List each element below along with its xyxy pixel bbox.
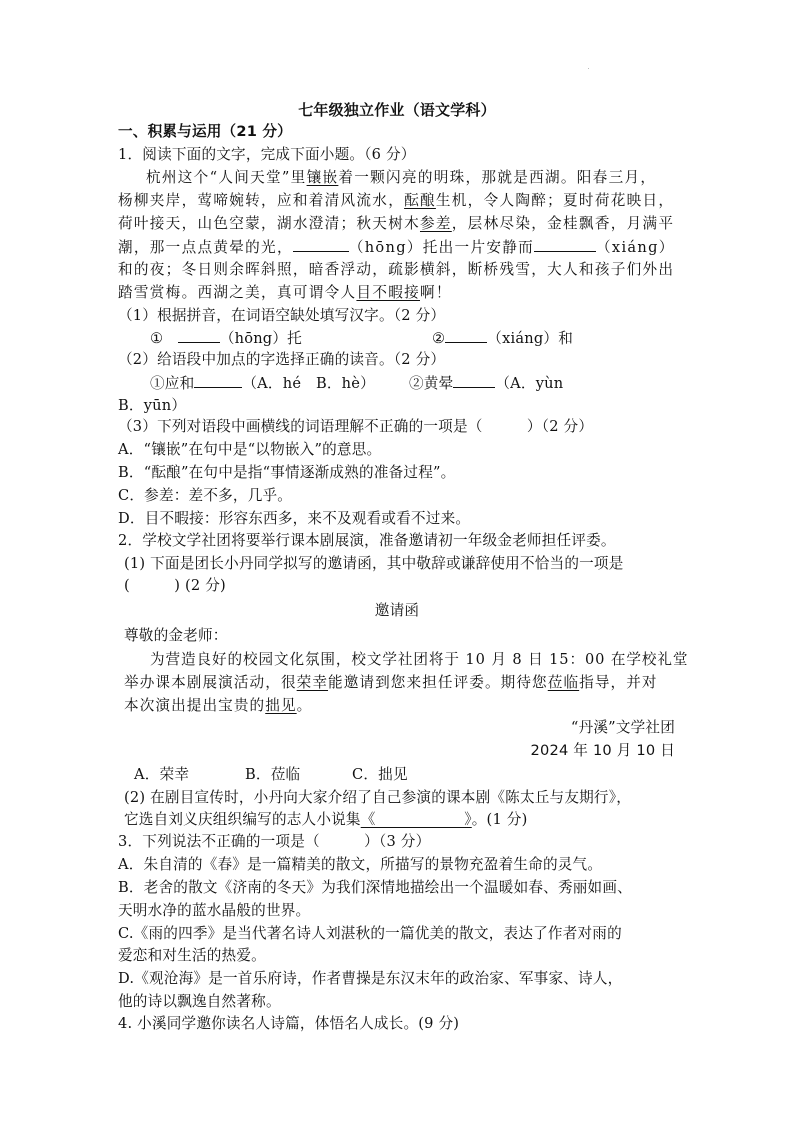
letter-salutation: 尊敬的金老师： xyxy=(124,626,228,646)
q2-sub1-paren: ( ) (2 分) xyxy=(124,576,226,596)
q2-sub1-stem: (1) 下面是团长小丹同学拟写的邀请函，其中敬辞或谦辞使用不恰当的一项是 xyxy=(124,554,624,574)
q3-option-b-cont: 天明水净的蓝水晶般的世界。 xyxy=(118,901,310,921)
letter-text: 指导，并对 xyxy=(579,674,657,691)
q2-sub1-option-a: A．荣幸 xyxy=(134,765,189,785)
letter-body-line-2: 举办课本剧展演活动，很荣幸能邀请到您来担任评委。期待您莅临指导，并对 xyxy=(124,673,658,693)
scan-speck xyxy=(588,68,589,69)
q1-sub3-option-a: A．“镶嵌”在句中是“以物嵌入”的意思。 xyxy=(118,440,381,460)
q3-option-b: B．老舍的散文《济南的冬天》为我们深情地描绘出一个温暖如春、秀丽如画、 xyxy=(118,878,632,898)
underlined-word-yunniang: 酝酿 xyxy=(404,192,436,209)
passage-text: 荷叶接天，山色空蒙，湖水澄清；秋天树木 xyxy=(118,215,420,232)
item-text: ①应和 xyxy=(150,375,194,392)
section-heading: 一、积累与运用（21 分） xyxy=(118,122,292,142)
passage-line-1: 杭州这个“人间天堂”里镶嵌着一颗闪亮的明珠，那就是西湖。阳春三月， xyxy=(146,168,656,188)
q1-stem: 1．阅读下面的文字，完成下面小题。（6 分） xyxy=(118,145,416,165)
q2-stem: 2．学校文学社团将要举行课本剧展演，准备邀请初一年级金老师担任评委。 xyxy=(118,531,616,551)
item-options: （A．hé B．hè） xyxy=(242,375,375,392)
q1-sub2-item2: ②黄晕（A．yùn xyxy=(409,373,563,394)
q3-option-d: D.《观沧海》是一首乐府诗，作者曹操是东汉末年的政治家、军事家、诗人， xyxy=(118,969,622,989)
passage-text: ，层林尽染，金桂飘香，月满平 xyxy=(452,215,675,232)
passage-text: 着一颗闪亮的明珠，那就是西湖。阳春三月， xyxy=(338,169,656,186)
passage-text: 杨柳夹岸，莺啼婉转，应和着清风流水， xyxy=(118,192,404,209)
letter-text: 本次演出提出宝贵的 xyxy=(124,697,265,714)
q2-sub2-text: 它选自刘义庆组织编写的志人小说集 xyxy=(124,811,361,828)
letter-text: 。 xyxy=(297,697,313,714)
underlined-word-cenci: 参差 xyxy=(420,215,452,232)
q3-stem: 3．下列说法不正确的一项是（ ）（3 分） xyxy=(118,832,430,852)
letter-body-line-3: 本次演出提出宝贵的拙见。 xyxy=(124,696,312,716)
q1-sub2-item2-cont: B．yūn） xyxy=(118,396,186,416)
q1-sub3-stem: （3）下列对语段中画横线的词语理解不正确的一项是（ ）（2 分） xyxy=(118,417,593,437)
underlined-word-mubuxiajie: 目不暇接 xyxy=(356,284,420,301)
item-text: （hōng）托 xyxy=(220,330,302,347)
passage-text: 啊！ xyxy=(420,284,452,301)
q2-sub1-option-c: C．拙见 xyxy=(352,765,408,785)
q1-sub3-option-b: B．“酝酿”在句中是指“事情逐渐成熟的准备过程”。 xyxy=(118,463,455,483)
page-title: 七年级独立作业（语文学科） xyxy=(0,100,794,120)
q1-sub2-stem: （2）给语段中加点的字选择正确的读音。（2 分） xyxy=(118,350,445,370)
fill-blank-hong[interactable] xyxy=(293,237,349,252)
q1-sub2-item1: ①应和（A．hé B．hè） xyxy=(150,373,375,394)
letter-text: 能邀请到您来担任评委。期待您 xyxy=(328,674,548,691)
q2-sub1-option-b: B．莅临 xyxy=(245,765,300,785)
passage-text: 潮，那一点点黄晕的光， xyxy=(118,239,293,256)
passage-line-4: 潮，那一点点黄晕的光，（hōng）托出一片安静而（xiánɡ） xyxy=(118,237,675,258)
passage-text: 踏雪赏梅。西湖之美，真可谓令人 xyxy=(118,284,356,301)
item-number: ② xyxy=(432,330,445,347)
item-options: （A．yùn xyxy=(495,375,563,392)
passage-line-6: 踏雪赏梅。西湖之美，真可谓令人目不暇接啊！ xyxy=(118,283,452,303)
q1-sub1-stem: （1）根据拼音，在词语空缺处填写汉字。（2 分） xyxy=(118,306,445,326)
passage-text: 杭州这个“人间天堂”里 xyxy=(146,169,307,186)
exam-page: 七年级独立作业（语文学科） 一、积累与运用（21 分） 1．阅读下面的文字，完成… xyxy=(0,0,794,1123)
passage-text: 生机，令人陶醉；夏时荷花映日， xyxy=(436,192,674,209)
answer-blank-hong[interactable] xyxy=(178,328,220,343)
underlined-word-rongxing: 荣幸 xyxy=(297,674,328,691)
q1-sub3-option-d: D．目不暇接：形容东西多，来不及观看或看不过来。 xyxy=(118,509,470,529)
q1-sub1-item2: ②（xiáng）和 xyxy=(432,328,573,349)
q3-option-c-cont: 爱恋和对生活的热爱。 xyxy=(118,946,266,966)
q4-stem: 4. 小溪同学邀你读名人诗篇，体悟名人成长。(9 分) xyxy=(118,1014,459,1034)
q1-sub1-item1: ① （hōng）托 xyxy=(150,328,302,349)
answer-blank-yinghe[interactable] xyxy=(194,373,242,388)
passage-text: （hōng）托出一片安静而 xyxy=(349,239,534,256)
item-text: （xiáng）和 xyxy=(487,330,573,347)
q2-sub2-line-2: 它选自刘义庆组织编写的志人小说集《 》。(1 分) xyxy=(124,810,527,830)
q3-option-a: A．朱自清的《春》是一篇精美的散文，所描写的景物充盈着生命的灵气。 xyxy=(118,855,602,875)
book-title-blank[interactable]: 《 》 xyxy=(361,811,472,828)
passage-line-3: 荷叶接天，山色空蒙，湖水澄清；秋天树木参差，层林尽染，金桂飘香，月满平 xyxy=(118,214,674,234)
item-text: ②黄晕 xyxy=(409,375,453,392)
letter-heading: 邀请函 xyxy=(0,601,794,621)
fill-blank-xiang[interactable] xyxy=(534,237,596,252)
letter-body-line-1: 为营造良好的校园文化氛围，校文学社团将于 10 月 8 日 15：00 在学校礼… xyxy=(150,650,688,670)
passage-line-2: 杨柳夹岸，莺啼婉转，应和着清风流水，酝酿生机，令人陶醉；夏时荷花映日， xyxy=(118,191,674,211)
passage-line-5: 和的夜；冬日则余晖斜照，暗香浮动，疏影横斜，断桥残雪，大人和孩子们外出 xyxy=(118,260,674,280)
underlined-word-zhuojian: 拙见 xyxy=(265,697,296,714)
passage-text: （xiánɡ） xyxy=(596,239,675,256)
letter-signature: “丹溪”文学社团 xyxy=(430,718,675,738)
q3-option-c: C.《雨的四季》是当代著名诗人刘湛秋的一篇优美的散文，表达了作者对雨的 xyxy=(118,924,622,944)
letter-date: 2024 年 10 月 10 日 xyxy=(430,741,675,761)
answer-blank-xiang[interactable] xyxy=(445,328,487,343)
answer-blank-huangyun[interactable] xyxy=(453,373,495,388)
q1-sub3-option-c: C．参差：差不多，几乎。 xyxy=(118,486,292,506)
q2-sub2-line-1: (2) 在剧目宣传时，小丹向大家介绍了自己参演的课本剧《陈太丘与友期行》， xyxy=(124,788,631,808)
item-number: ① xyxy=(150,330,163,347)
q3-option-d-cont: 他的诗以飘逸自然著称。 xyxy=(118,992,281,1012)
letter-text: 举办课本剧展演活动，很 xyxy=(124,674,297,691)
underlined-word-lilin: 莅临 xyxy=(548,674,579,691)
q2-sub2-text: 。(1 分) xyxy=(472,811,528,828)
underlined-word-xiangqian: 镶嵌 xyxy=(307,169,339,186)
